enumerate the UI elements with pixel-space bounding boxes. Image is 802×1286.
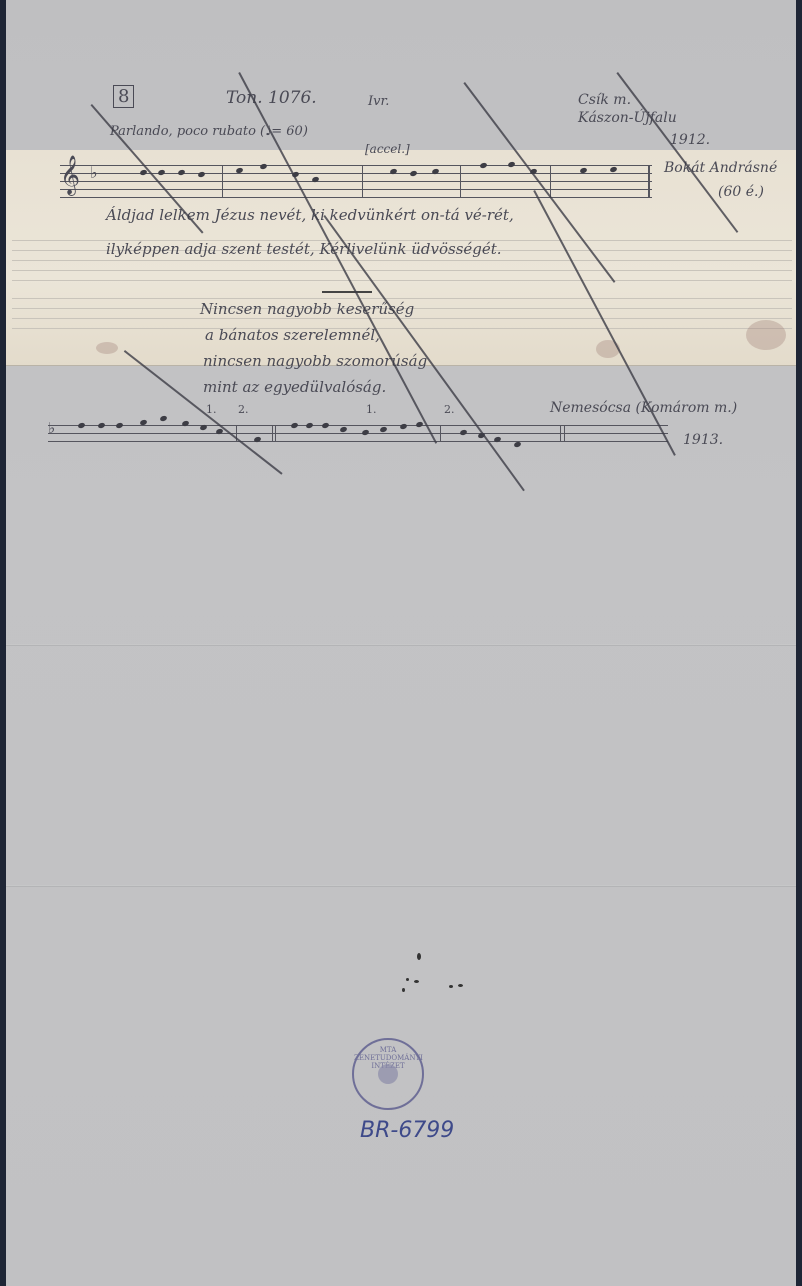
section-divider <box>322 291 372 293</box>
music-staff-2: ♭ 1. 2. 1. 2. <box>48 425 668 445</box>
volta-mark: 1. <box>366 403 377 416</box>
volta-mark: 2. <box>444 403 455 416</box>
paper-fold-line <box>6 644 796 646</box>
volta-mark: 2. <box>238 403 249 416</box>
flat-key-signature-icon: ♭ <box>48 419 55 437</box>
shelf-mark: BR-6799 <box>360 1118 454 1143</box>
origin-2-year: 1913. <box>683 432 723 448</box>
performer-age: (60 é.) <box>718 184 764 200</box>
lyrics-line: a bánatos szerelemnél, <box>205 326 380 344</box>
performer-name: Bokát Andrásné <box>664 160 777 176</box>
flat-key-signature-icon: ♭ <box>90 163 98 182</box>
lyrics-line: ilyképpen adja szent testét, Kérlivelünk… <box>106 240 502 258</box>
paper-fold-line <box>6 885 796 887</box>
lyrics-line: mint az egyedülvalóság. <box>203 378 386 396</box>
song-number-box: 8 <box>113 85 134 108</box>
origin-place-line1: Csík m. <box>578 92 631 108</box>
treble-clef-icon: 𝄞 <box>60 155 80 195</box>
origin-year: 1912. <box>670 132 710 148</box>
tempo-marking: Parlando, poco rubato (♩= 60) <box>110 124 308 139</box>
library-stamp: MTA ZENETUDOMÁNYI INTÉZET <box>352 1038 424 1110</box>
stamp-emblem-icon <box>378 1064 398 1084</box>
tempo-accel: [accel.] <box>365 142 410 156</box>
origin-2-place: Nemesócsa (Komárom m.) <box>550 400 737 416</box>
catalog-note: Ivr. <box>368 94 389 109</box>
catalog-reference: Ton. 1076. <box>226 88 317 108</box>
lyrics-line: Nincsen nagyobb keserűség <box>200 300 414 318</box>
origin-place-line2: Kászon-Újfalu <box>578 110 677 126</box>
